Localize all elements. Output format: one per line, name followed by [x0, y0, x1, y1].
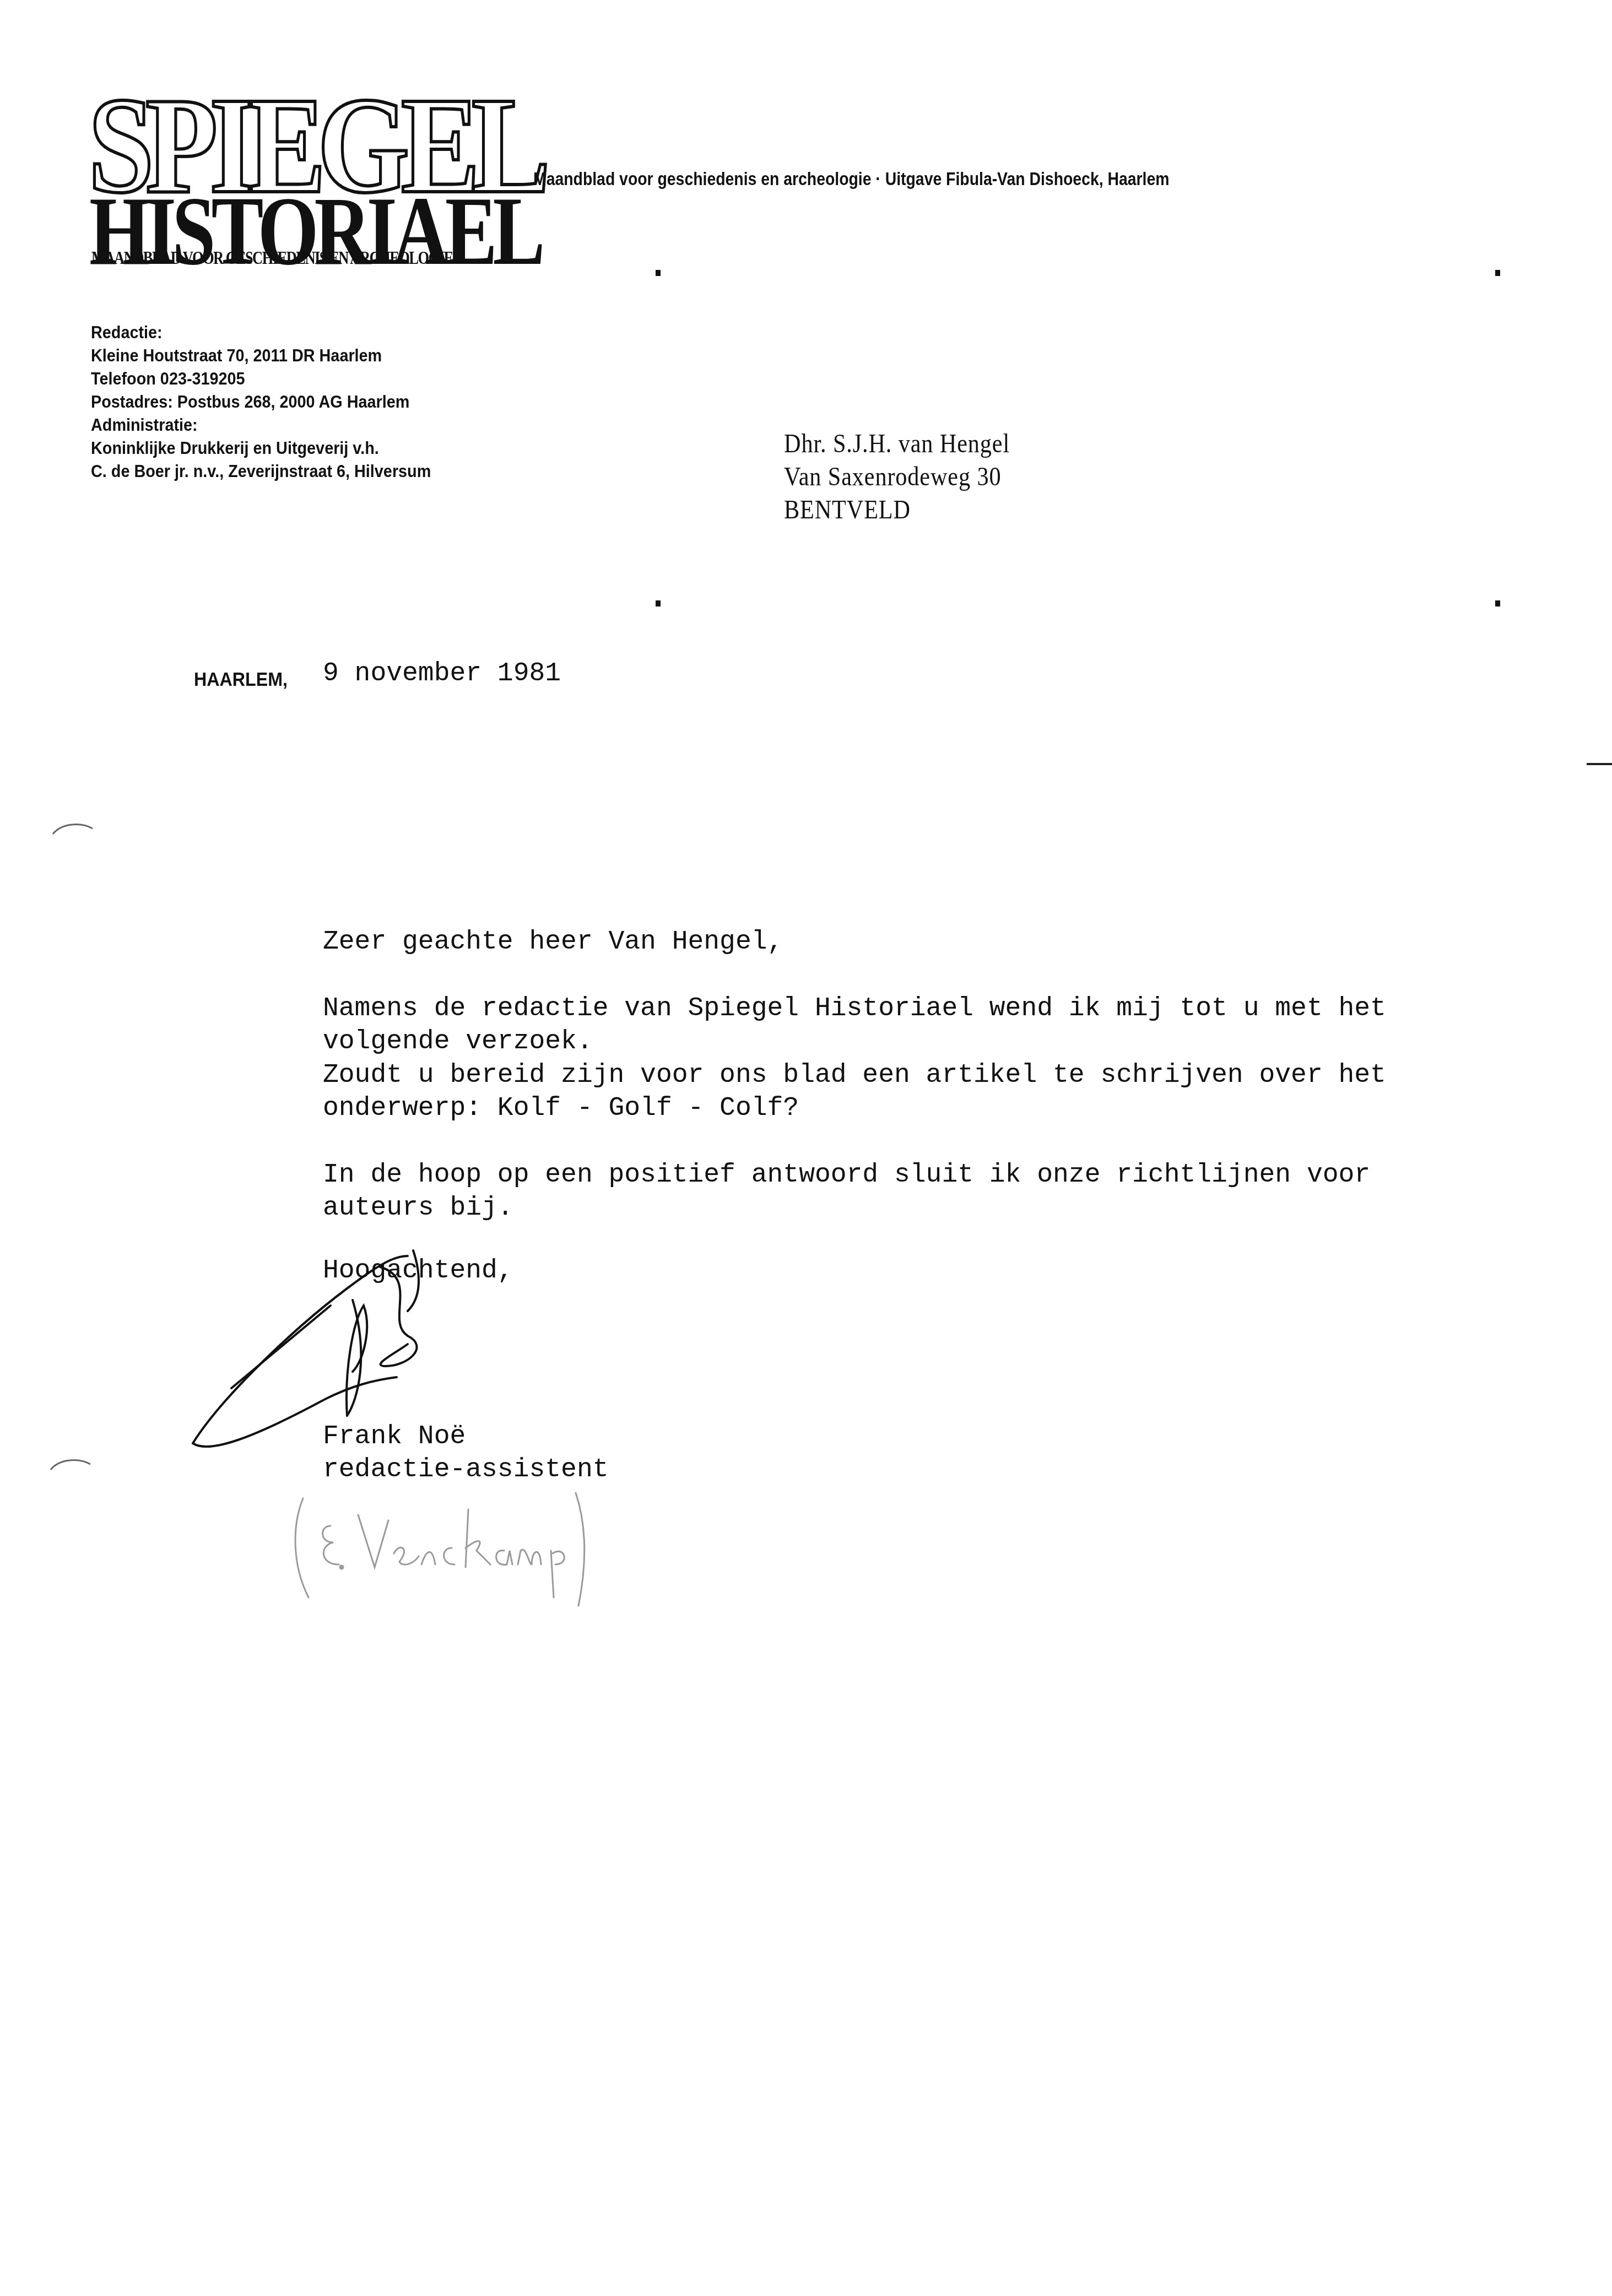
pencil-annotation-text: (E. Veenkamp) [309, 1454, 309, 1455]
sender-line: Kleine Houtstraat 70, 2011 DR Haarlem [91, 344, 431, 367]
sender-line: Koninklijke Drukkerij en Uitgeverij v.h. [91, 436, 431, 459]
sender-line: Redactie: [91, 321, 431, 344]
sender-address-block: Redactie: Kleine Houtstraat 70, 2011 DR … [91, 321, 431, 483]
address-window-mark [656, 270, 661, 276]
address-window-mark [1495, 600, 1500, 607]
letter-body: Zeer geachte heer Van Hengel, Namens de … [323, 925, 1386, 1225]
sender-line: C. de Boer jr. n.v., Zeverijnstraat 6, H… [91, 459, 431, 483]
body-line: onderwerp: Kolf - Golf - Colf? [323, 1092, 1386, 1125]
recipient-line: BENTVELD [784, 494, 1010, 527]
recipient-address: Dhr. S.J.H. van Hengel Van Saxenrodeweg … [784, 427, 1010, 527]
body-line: Namens de redactie van Spiegel Historiae… [323, 992, 1386, 1026]
recipient-line: Dhr. S.J.H. van Hengel [784, 427, 1010, 461]
body-line: auteurs bij. [323, 1192, 1386, 1225]
address-window-mark [1495, 270, 1500, 276]
punch-hole-arc-icon [51, 819, 95, 841]
logo-subtitle: MAANDBLAD VOOR GESCHIEDENIS EN ARCHEOLOG… [91, 248, 453, 269]
body-line: In de hoop op een positief antwoord slui… [323, 1158, 1386, 1192]
sender-line: Postadres: Postbus 268, 2000 AG Haarlem [91, 390, 431, 413]
dateline-date: 9 november 1981 [323, 659, 561, 689]
dateline-place: HAARLEM, [194, 669, 288, 691]
salutation: Zeer geachte heer Van Hengel, [323, 925, 1386, 959]
body-line: Zoudt u bereid zijn voor ons blad een ar… [323, 1059, 1386, 1092]
header-tagline: Maandblad voor geschiedenis en archeolog… [533, 169, 1169, 189]
recipient-line: Van Saxenrodeweg 30 [784, 461, 1010, 494]
punch-hole-arc-icon [48, 1454, 93, 1476]
address-window-mark [656, 600, 661, 607]
sender-line: Administratie: [91, 413, 431, 436]
body-line: volgende verzoek. [323, 1025, 1386, 1059]
fold-mark [1587, 763, 1612, 765]
pencil-annotation-icon [286, 1399, 617, 1631]
sender-line: Telefoon 023-319205 [91, 367, 431, 390]
